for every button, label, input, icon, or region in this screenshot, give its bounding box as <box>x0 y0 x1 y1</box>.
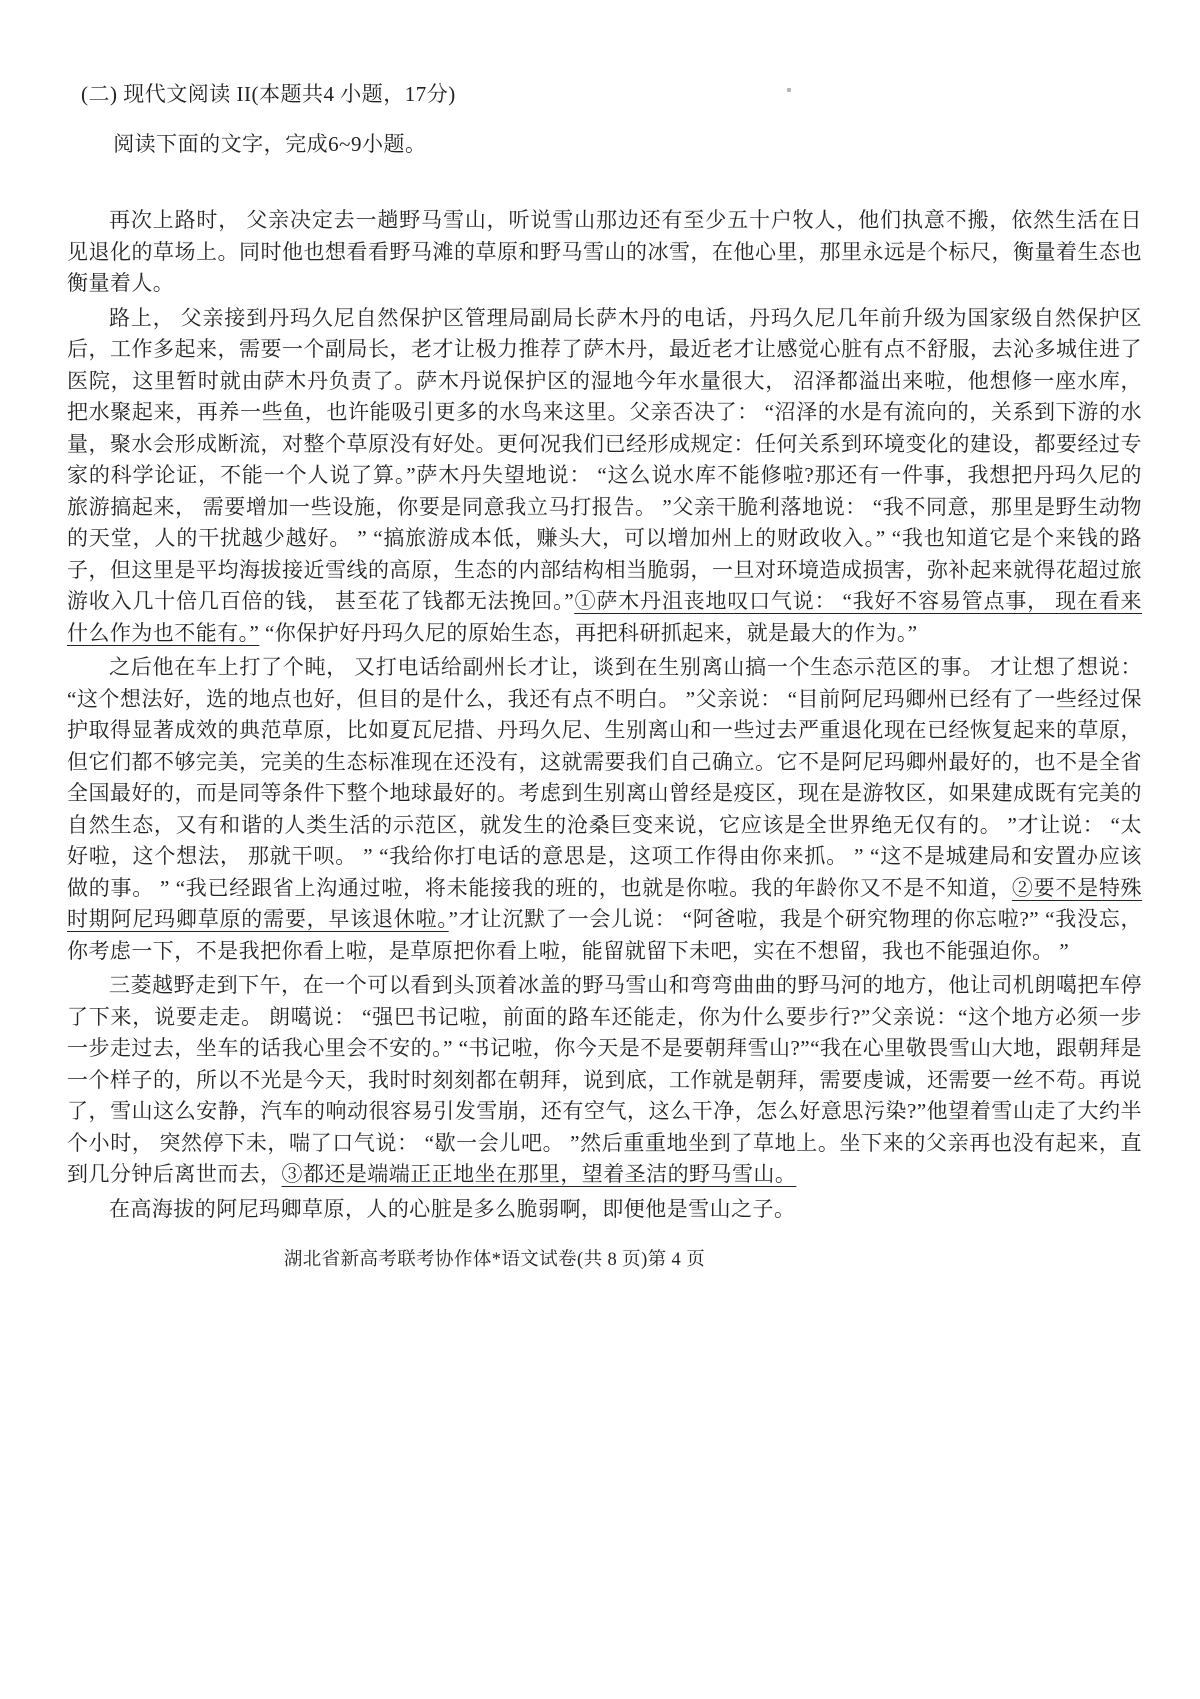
passage-paragraph: 三菱越野走到下午，在一个可以看到头顶着冰盖的野马雪山和弯弯曲曲的野马河的地方，他… <box>67 970 1142 1191</box>
reading-instruction: 阅读下面的文字，完成6~9小题。 <box>67 132 1142 156</box>
text-run: 之后他在车上打了个盹， 又打电话给副州长才让，谈到在生别离山搞一个生态示范区的事… <box>67 655 1142 900</box>
passage-paragraph: 之后他在车上打了个盹， 又打电话给副州长才让，谈到在生别离山搞一个生态示范区的事… <box>67 652 1142 967</box>
underlined-sentence: ③都还是端端正正地坐在那里，望着圣洁的野马雪山。 <box>282 1162 797 1186</box>
passage-paragraph: 再次上路时， 父亲决定去一趟野马雪山，听说雪山那边还有至少五十户牧人，他们执意不… <box>67 205 1142 300</box>
passage-paragraph: 在高海拔的阿尼玛卿草原，人的心脏是多么脆弱啊，即便他是雪山之子。 <box>67 1194 1142 1226</box>
passage-paragraph: 路上， 父亲接到丹玛久尼自然保护区管理局副局长萨木丹的电话，丹玛久尼几年前升级为… <box>67 303 1142 650</box>
page-footer: 湖北省新高考联考协作体*语文试卷(共 8 页)第 4 页 <box>0 1249 1032 1271</box>
scan-artifact-dot <box>787 88 791 92</box>
section-title: (二) 现代文阅读 II(本题共4 小题，17分) <box>81 82 1142 106</box>
text-run: 在高海拔的阿尼玛卿草原，人的心脏是多么脆弱啊，即便他是雪山之子。 <box>109 1197 795 1221</box>
exam-page: (二) 现代文阅读 II(本题共4 小题，17分) 阅读下面的文字，完成6~9小… <box>0 0 1200 1699</box>
text-run: 路上， 父亲接到丹玛久尼自然保护区管理局副局长萨木丹的电话，丹玛久尼几年前升级为… <box>67 306 1142 614</box>
text-run: 再次上路时， 父亲决定去一趟野马雪山，听说雪山那边还有至少五十户牧人，他们执意不… <box>67 208 1142 295</box>
passage: 再次上路时， 父亲决定去一趟野马雪山，听说雪山那边还有至少五十户牧人，他们执意不… <box>67 205 1142 1225</box>
text-run: “你保护好丹玛久尼的原始生态，再把科研抓起来，就是最大的作为。” <box>259 621 917 645</box>
text-run: 三菱越野走到下午，在一个可以看到头顶着冰盖的野马雪山和弯弯曲曲的野马河的地方，他… <box>67 973 1142 1186</box>
